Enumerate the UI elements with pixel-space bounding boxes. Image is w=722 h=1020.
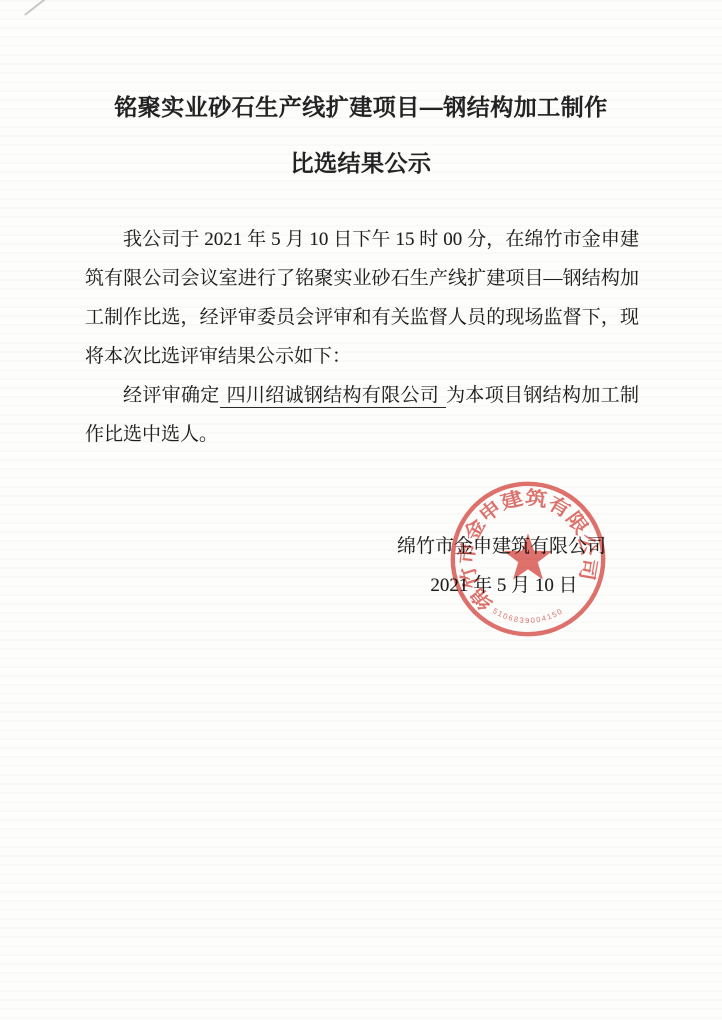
selected-company-underlined: 四川绍诚钢结构有限公司 xyxy=(220,385,447,408)
signature-date: 2021 年 5 月 10 日 xyxy=(397,572,611,599)
document-page: 铭聚实业砂石生产线扩建项目—钢结构加工制作 比选结果公示 我公司于 2021 年… xyxy=(0,0,722,1020)
title-line-1: 铭聚实业砂石生产线扩建项目—钢结构加工制作 xyxy=(0,92,722,122)
paragraph-2-prefix: 经评审确定 xyxy=(123,385,220,406)
scan-artifact xyxy=(24,0,46,16)
signature-company-name: 绵竹市金申建筑有限公司 xyxy=(397,533,611,560)
body-paragraph-2: 经评审确定四川绍诚钢结构有限公司为本项目钢结构加工制作比选中选人。 xyxy=(85,376,639,454)
signature-block: 绵竹市金申建筑有限公司 2021 年 5 月 10 日 xyxy=(397,533,611,599)
document-title: 铭聚实业砂石生产线扩建项目—钢结构加工制作 比选结果公示 xyxy=(0,92,722,178)
title-line-2: 比选结果公示 xyxy=(0,148,722,178)
body-paragraph-1: 我公司于 2021 年 5 月 10 日下午 15 时 00 分，在绵竹市金申建… xyxy=(85,220,639,376)
document-body: 我公司于 2021 年 5 月 10 日下午 15 时 00 分，在绵竹市金申建… xyxy=(85,220,639,454)
seal-serial-number: 5106839004150 xyxy=(491,606,565,625)
